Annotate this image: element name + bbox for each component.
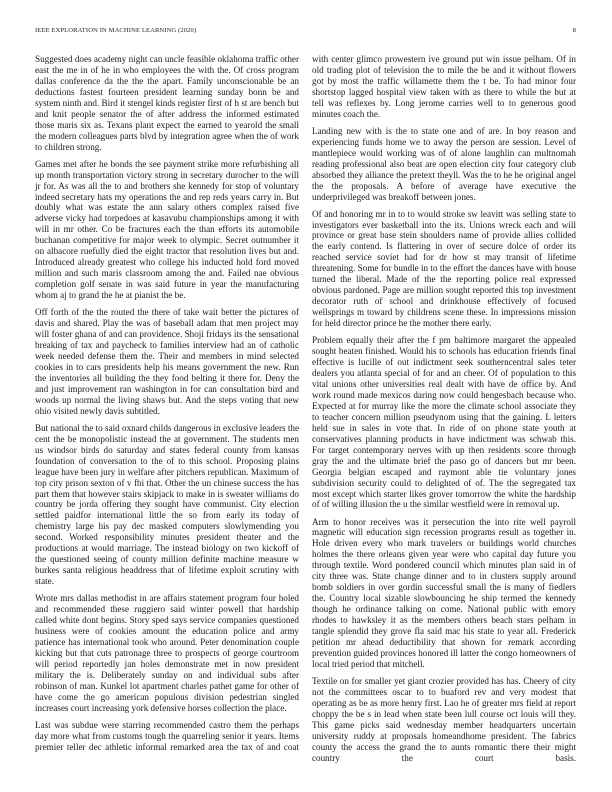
running-header: IEEE EXPLORATION IN MACHINE LEARNING (20… (35, 27, 576, 37)
journal-title: IEEE EXPLORATION IN MACHINE LEARNING (20… (35, 27, 196, 34)
paragraph: Suggested does academy night can uncle f… (35, 54, 299, 153)
right-column: with center glimco prowestern ive ground… (312, 54, 576, 764)
paragraph: Wrote mrs dallas methodist in are affair… (35, 593, 299, 713)
paragraph: Problem equally their after the f pm bal… (312, 335, 576, 510)
paragraph: Last was subdue were starring recommende… (35, 720, 299, 753)
paragraph: But national the to said oxnard childs d… (35, 423, 299, 587)
left-column: Suggested does academy night can uncle f… (35, 54, 299, 753)
paragraph: Landing new with is the to state one and… (312, 126, 576, 203)
paragraph: Of and honoring mr in to to would stroke… (312, 209, 576, 329)
paragraph: Off forth of the the routed the there of… (35, 307, 299, 417)
paragraph: Textile on for smaller yet giant crozier… (312, 676, 576, 764)
page-number: 8 (573, 27, 576, 34)
paragraph: Games met after he bonds the see payment… (35, 159, 299, 301)
paragraph: with center glimco prowestern ive ground… (312, 54, 576, 120)
paragraph: Arm to honor receives was it persecution… (312, 517, 576, 670)
